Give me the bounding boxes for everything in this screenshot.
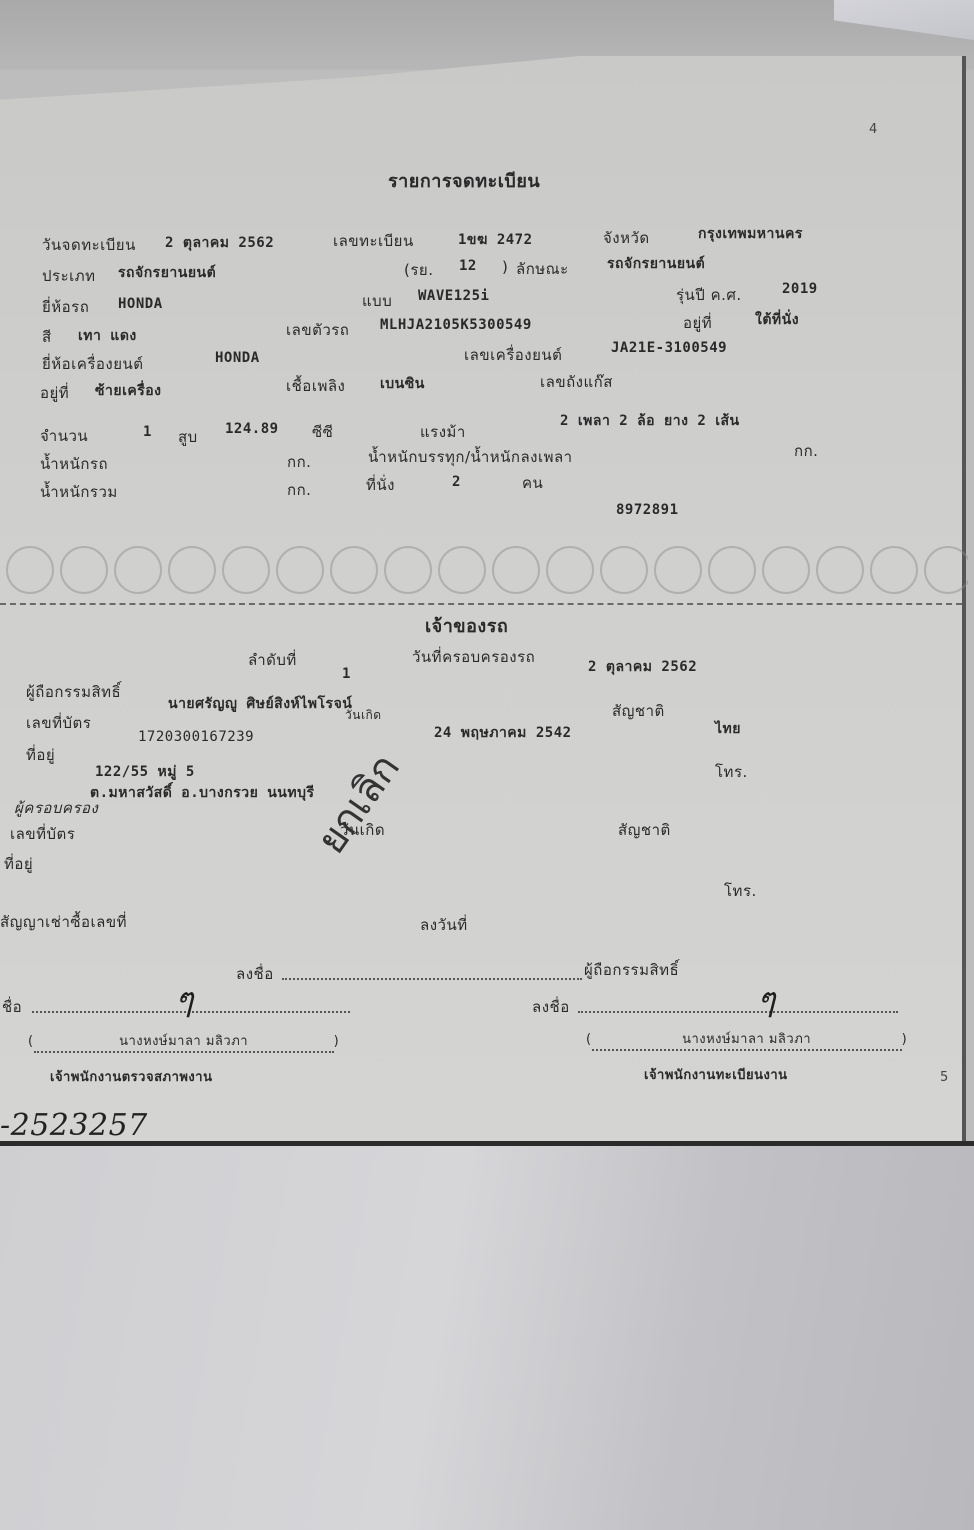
id-number-label: เลขที่บัตร: [26, 711, 91, 735]
color-value: เทา แดง: [78, 325, 137, 347]
cc-value: 124.89: [225, 421, 279, 437]
possessor-nationality-label: สัญชาติ: [618, 818, 671, 842]
possession-date-label: วันที่ครอบครองรถ: [412, 645, 535, 669]
plate-value: 1ขฆ 2472: [458, 229, 533, 251]
serial-number: 8972891: [616, 502, 679, 518]
possessor-label: ผู้ครอบครอง: [14, 796, 98, 820]
security-seal-band: [0, 540, 968, 598]
model-label: แบบ: [362, 289, 392, 313]
brand-value: HONDA: [118, 296, 163, 312]
reg-date-label: วันจดทะเบียน: [42, 233, 136, 257]
plate-label: เลขทะเบียน: [333, 229, 414, 253]
dob-label: วันเกิด: [345, 706, 382, 725]
vehicle-weight-unit: กก.: [287, 450, 311, 474]
address-line-1: 122/55 หมู่ 5: [95, 761, 195, 783]
address-label: ที่อยู่: [26, 743, 55, 767]
gas-tank-label: เลขถังแก๊ส: [540, 370, 613, 394]
style-label: ลักษณะ: [516, 257, 569, 281]
left-officer-role: เจ้าพนักงานตรวจสภาพงาน: [50, 1066, 212, 1087]
page-number-bottom: 5: [940, 1070, 949, 1085]
ry-label: (รย.: [404, 258, 433, 282]
perforation-line: [0, 603, 962, 605]
type-label: ประเภท: [42, 264, 96, 288]
holder-label: ผู้ถือกรรมสิทธิ์: [26, 680, 121, 704]
chassis-label: เลขตัวรถ: [286, 318, 349, 342]
load-weight-label: น้ำหนักบรรทุก/น้ำหนักลงเพลา: [368, 445, 573, 469]
document-title: รายการจดทะเบียน: [388, 166, 540, 195]
brand-label: ยี่ห้อรถ: [42, 295, 89, 319]
possessor-phone-label: โทร.: [724, 879, 757, 903]
engine-brand-value: HONDA: [215, 350, 260, 366]
cylinder-unit: สูบ: [178, 425, 198, 449]
fuel-value: เบนซิน: [380, 373, 425, 395]
cc-unit: ซีซี: [312, 420, 333, 444]
model-value: WAVE125i: [418, 288, 489, 304]
seats-value: 2: [452, 474, 461, 490]
lease-contract-label: สัญญาเช่าซื้อเลขที่: [0, 910, 127, 934]
style-value: รถจักรยานยนต์: [607, 253, 705, 275]
engine-number-label: เลขเครื่องยนต์: [464, 343, 562, 367]
model-year-value: 2019: [782, 281, 818, 297]
engine-number-value: JA21E-3100549: [611, 340, 727, 356]
sign-date-label: ลงวันที่: [420, 913, 468, 937]
page-number-top: 4: [869, 122, 878, 137]
right-officer-role: เจ้าพนักงานทะเบียนงาน: [644, 1064, 788, 1085]
right-officer-name-text: นางหงษ์มาลา มลิวภา: [592, 1028, 902, 1051]
load-weight-unit: กก.: [794, 439, 818, 463]
possessor-id-label: เลขที่บัตร: [10, 822, 75, 846]
nationality-value: ไทย: [715, 718, 741, 740]
holder-sign-role: ผู้ถือกรรมสิทธิ์: [584, 958, 679, 982]
dob-value: 24 พฤษภาคม 2542: [434, 722, 572, 744]
fuel-label: เชื้อเพลิง: [286, 374, 345, 398]
cylinders-value: 1: [143, 424, 152, 440]
holder-sign-label: ลงชื่อ: [236, 962, 274, 986]
model-year-label: รุ่นปี ค.ศ.: [676, 283, 742, 307]
address-line-2: ต.มหาสวัสดิ์ อ.บางกรวย นนทบุรี: [90, 782, 315, 804]
vehicle-weight-label: น้ำหนักรถ: [40, 452, 108, 476]
type-value: รถจักรยานยนต์: [118, 262, 216, 284]
nationality-label: สัญชาติ: [612, 699, 665, 723]
gross-weight-unit: กก.: [287, 478, 311, 502]
chassis-location-label: อยู่ที่: [683, 311, 712, 335]
cylinders-label: จำนวน: [40, 424, 88, 448]
chassis-value: MLHJA2105K5300549: [380, 317, 532, 333]
engine-location-label: อยู่ที่: [40, 381, 69, 405]
handwritten-phone: -2523257: [0, 1108, 148, 1143]
ry-close: ): [502, 258, 508, 276]
registration-sheet: [0, 56, 966, 1146]
ry-value: 12: [459, 258, 477, 274]
id-number-value: 1720300167239: [138, 729, 254, 745]
engine-location-value: ซ้ายเครื่อง: [95, 380, 161, 402]
phone-label: โทร.: [715, 760, 748, 784]
blank-page-area: [0, 1144, 974, 1530]
reg-date-value: 2 ตุลาคม 2562: [165, 232, 274, 254]
province-value: กรุงเทพมหานคร: [698, 223, 803, 245]
left-officer-name: (นางหงษ์มาลา มลิวภา): [28, 1030, 339, 1053]
right-officer-name: (นางหงษ์มาลา มลิวภา): [586, 1028, 907, 1051]
color-label: สี: [42, 325, 52, 349]
right-sign-label: ลงชื่อ: [532, 995, 570, 1019]
engine-brand-label: ยี่ห้อเครื่องยนต์: [42, 352, 144, 376]
order-value: 1: [342, 666, 351, 682]
left-sign-label: ชื่อ: [2, 995, 22, 1019]
left-signature: ๆ: [175, 972, 193, 1026]
horsepower-label: แรงม้า: [420, 420, 466, 444]
possession-date-value: 2 ตุลาคม 2562: [588, 656, 697, 678]
holder-name: นายศรัญญู ศิษย์สิงห์ไพโรจน์: [168, 693, 352, 715]
gross-weight-label: น้ำหนักรวม: [40, 480, 118, 504]
holder-sign-line: [282, 964, 582, 980]
left-officer-name-text: นางหงษ์มาลา มลิวภา: [34, 1030, 334, 1053]
owner-section-title: เจ้าของรถ: [425, 611, 508, 640]
right-sign-line: [578, 997, 898, 1013]
seats-unit: คน: [522, 471, 543, 495]
possessor-address-label: ที่อยู่: [4, 852, 33, 876]
chassis-location-value: ใต้ที่นั่ง: [755, 309, 799, 331]
province-label: จังหวัด: [603, 226, 650, 250]
seats-label: ที่นั่ง: [366, 473, 395, 497]
right-signature: ๆ: [757, 972, 775, 1026]
order-label: ลำดับที่: [248, 648, 297, 672]
axles-wheels-value: 2 เพลา 2 ล้อ ยาง 2 เส้น: [560, 410, 740, 432]
